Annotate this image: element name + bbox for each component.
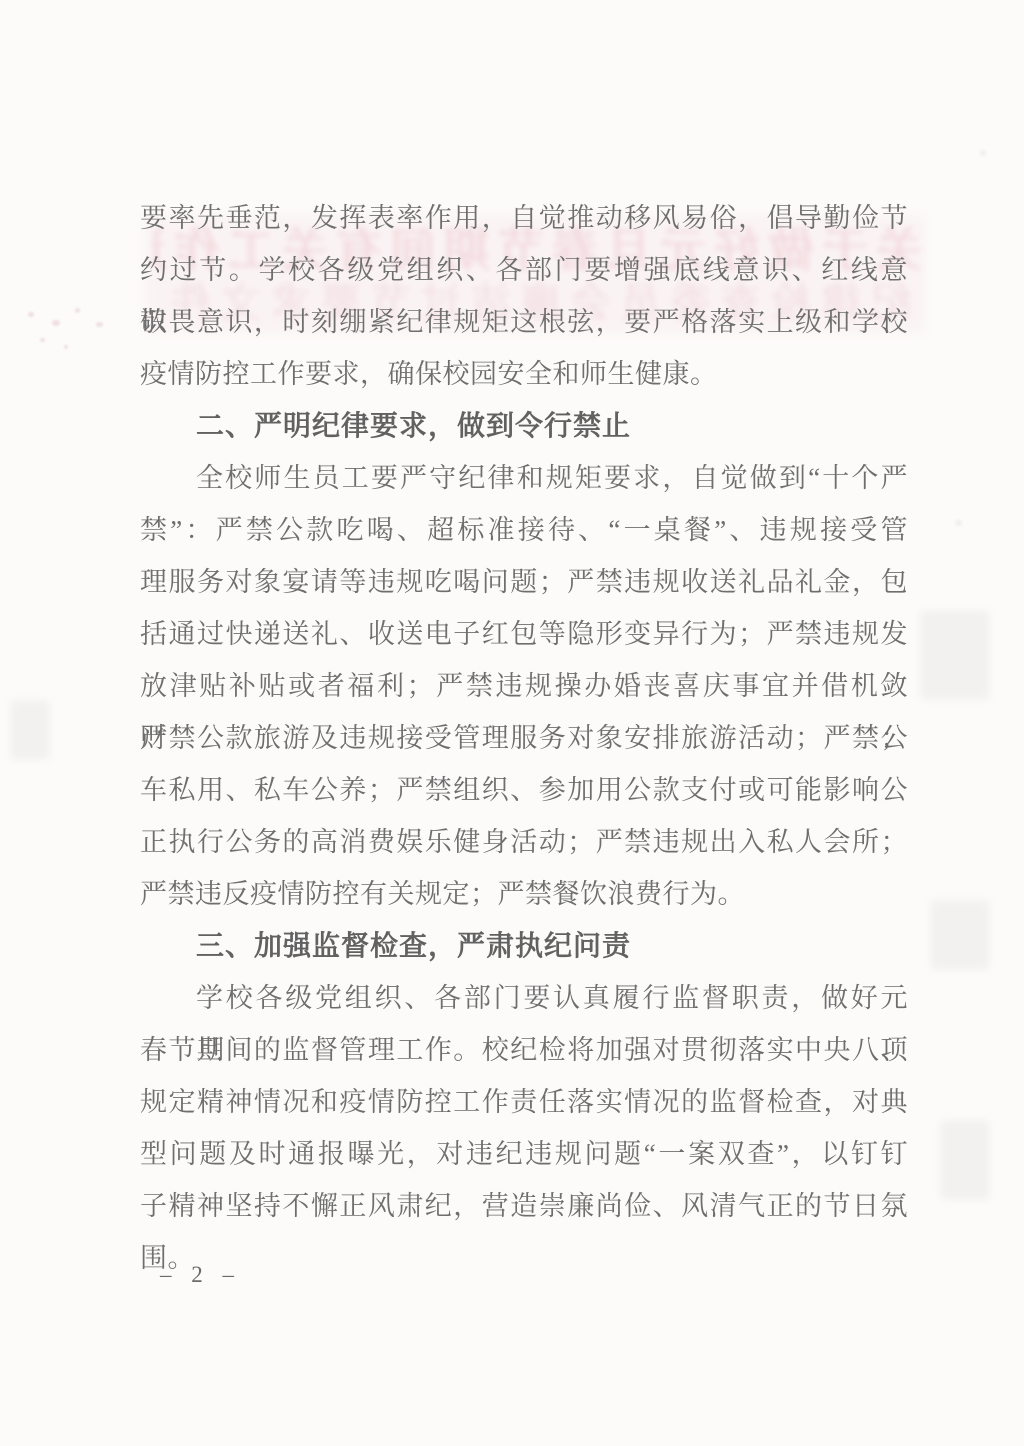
doc-line: 严禁公款旅游及违规接受管理服务对象安排旅游活动；严禁公 — [140, 712, 908, 764]
doc-line: 放津贴补贴或者福利；严禁违规操办婚丧喜庆事宜并借机敛财； — [140, 660, 908, 712]
doc-line: 学校各级党组织、各部门要认真履行监督职责，做好元旦、 — [140, 972, 908, 1024]
doc-line: 疫情防控工作要求，确保校园安全和师生健康。 — [140, 348, 908, 400]
paper-speck — [52, 320, 60, 326]
doc-line: 规定精神情况和疫情防控工作责任落实情况的监督检查，对典 — [140, 1076, 908, 1128]
doc-line: 理服务对象宴请等违规吃喝问题；严禁违规收送礼品礼金，包 — [140, 556, 908, 608]
section-heading-2: 二、严明纪律要求，做到令行禁止 — [140, 400, 908, 452]
paper-speck — [75, 308, 80, 313]
doc-line: 严禁违反疫情防控有关规定；严禁餐饮浪费行为。 — [140, 868, 908, 920]
paper-speck — [96, 322, 103, 327]
doc-line: 正执行公务的高消费娱乐健身活动；严禁违规出入私人会所； — [140, 816, 908, 868]
scan-smudge — [930, 900, 990, 970]
paper-speck — [64, 345, 68, 349]
doc-line: 围。 — [140, 1232, 908, 1284]
doc-line: 春节期间的监督管理工作。校纪检将加强对贯彻落实中央八项 — [140, 1024, 908, 1076]
scan-smudge — [940, 1120, 990, 1200]
doc-line: 型问题及时通报曝光，对违纪违规问题“一案双查”，以钉钉 — [140, 1128, 908, 1180]
doc-line: 敬畏意识，时刻绷紧纪律规矩这根弦，要严格落实上级和学校 — [140, 296, 908, 348]
paper-speck — [28, 312, 34, 317]
scanned-document-page: 关于做好元旦春节期间有关工作通知 纪律检查委员会廉洁过节要求文件 要率先垂范，发… — [0, 0, 1024, 1446]
paper-speck — [980, 150, 986, 156]
paper-speck — [955, 520, 962, 526]
doc-line: 要率先垂范，发挥表率作用，自觉推动移风易俗，倡导勤俭节 — [140, 192, 908, 244]
section-heading-3: 三、加强监督检查，严肃执纪问责 — [140, 920, 908, 972]
doc-line: 括通过快递送礼、收送电子红包等隐形变异行为；严禁违规发 — [140, 608, 908, 660]
doc-line: 车私用、私车公养；严禁组织、参加用公款支付或可能影响公 — [140, 764, 908, 816]
doc-line: 禁”：严禁公款吃喝、超标准接待、“一桌餐”、违规接受管 — [140, 504, 908, 556]
scan-smudge — [920, 610, 990, 700]
doc-line: 全校师生员工要严守纪律和规矩要求，自觉做到“十个严 — [140, 452, 908, 504]
scan-smudge — [10, 700, 50, 760]
doc-line: 约过节。学校各级党组织、各部门要增强底线意识、红线意识、 — [140, 244, 908, 296]
doc-line: 子精神坚持不懈正风肃纪，营造崇廉尚俭、风清气正的节日氛 — [140, 1180, 908, 1232]
paper-speck — [40, 338, 45, 342]
page-number: – 2 – — [160, 1262, 241, 1288]
